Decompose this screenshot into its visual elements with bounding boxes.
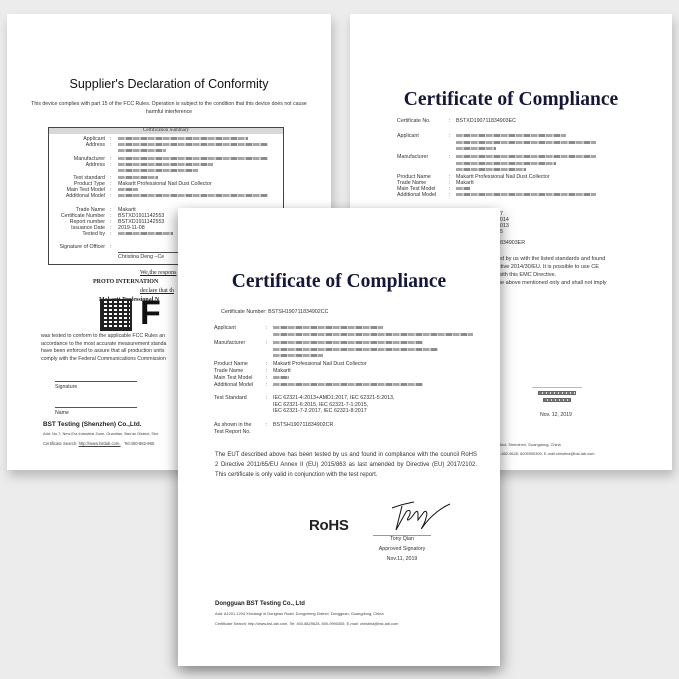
issue-date: Nov. 12, 2019 <box>540 412 572 418</box>
compliance-paragraph: was tested to conform to the applicable … <box>41 333 166 363</box>
document-title: Supplier's Declaration of Conformity <box>7 77 331 91</box>
contact-fragment: 0-882-9628, 8005990305, E-mail:christina… <box>498 451 595 456</box>
name-label: Name <box>55 410 69 416</box>
contact-line: Certificate Search: http://www.bst-lab.c… <box>215 621 398 626</box>
qr-code <box>100 299 132 331</box>
signature-image <box>388 498 458 538</box>
signatory-block: Tony Qian Approved Signatory Nov.11, 201… <box>366 535 438 564</box>
company-address: Add: No.7, New Era Industrial Zone, Guan… <box>43 431 158 436</box>
fcc-logo: F <box>140 294 161 333</box>
company-name: BST Testing (Shenzhen) Co.,Ltd. <box>43 421 142 428</box>
signature-stamp <box>532 387 582 405</box>
compliance-statement: The EUT described above has been tested … <box>215 450 477 480</box>
rohs-mark: RoHS <box>309 517 349 534</box>
signer-name: Tony Qian <box>366 535 438 545</box>
certificate-number: Certificate Number: BSTSH190711834902CC <box>221 309 328 316</box>
document-title: Certificate of Compliance <box>178 271 500 293</box>
report-number-fragment: 834903ER <box>500 240 525 247</box>
website-link[interactable]: http://www.bstlab.com, <box>79 441 121 446</box>
company-name: Dongguan BST Testing Co., Ltd <box>215 601 305 607</box>
declare-line: We,the respons <box>140 270 177 276</box>
document-title: Certificate of Compliance <box>350 89 672 111</box>
address-fragment: strict, Shenzhen, Guangdong, China <box>498 442 561 447</box>
test-standard-fragment: 7 014 013 5 <box>500 211 509 235</box>
signer-role: Approved Signatory <box>366 545 438 555</box>
name-line <box>55 407 137 408</box>
contact-line: Certificate Search: http://www.bstlab.co… <box>43 441 154 446</box>
company-address: Add: A1201-1204 Xinxiangi of Dongbao Roa… <box>215 611 384 616</box>
compliance-body: ed by us with the listed standards and f… <box>498 255 607 287</box>
summary-header: Certification Summary <box>49 128 283 134</box>
declare-company: PROTO INTERNATION <box>93 279 158 285</box>
signed-date: Nov.11, 2019 <box>366 555 438 565</box>
intro-text: This device complies with part 15 of the… <box>29 101 309 116</box>
signature-line <box>55 381 137 382</box>
signature-label: Signature <box>55 384 77 390</box>
rohs-certificate-document: Certificate of Compliance Certificate Nu… <box>178 208 500 666</box>
